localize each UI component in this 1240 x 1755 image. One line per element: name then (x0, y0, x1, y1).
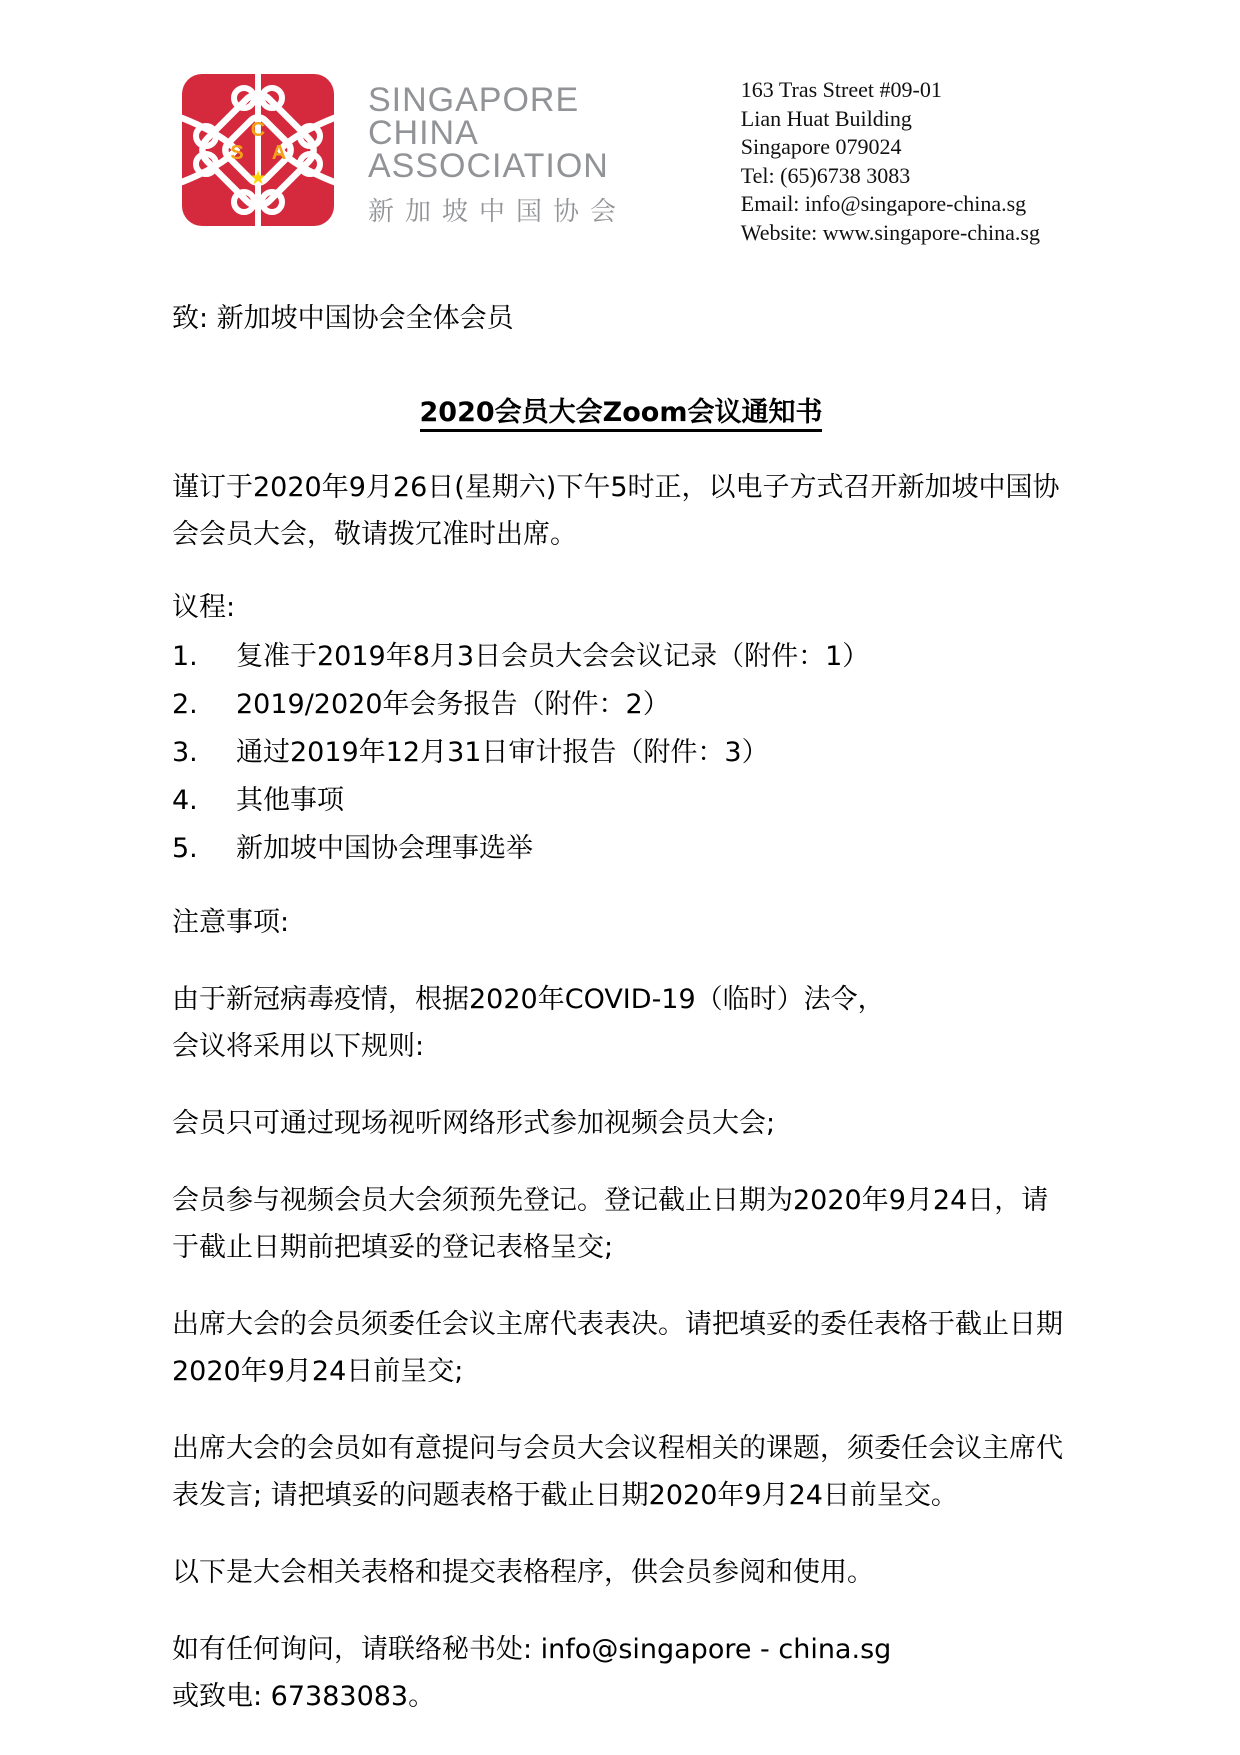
agenda-item-text: 新加坡中国协会理事选举 (236, 825, 1070, 873)
agenda-item-number: 4. (172, 777, 236, 825)
document-page: C S A ★ SINGAPORE CHINA ASSOCIATION 新加坡中… (0, 0, 1240, 1755)
website-line: Website: www.singapore-china.sg (741, 219, 1040, 248)
org-name-block: SINGAPORE CHINA ASSOCIATION 新加坡中国协会 (368, 72, 627, 247)
address-line-2: Lian Huat Building (741, 105, 1040, 134)
agenda-item-number: 2. (172, 681, 236, 729)
rule-online-only-paragraph: 会员只可通过现场视听网络形式参加视频会员大会; (172, 1100, 1070, 1147)
rule-proxy-vote-paragraph: 出席大会的会员须委任会议主席代表表决。请把填妥的委任表格于截止日期2020年9月… (172, 1301, 1070, 1395)
agenda-item: 4. 其他事项 (172, 777, 1070, 825)
agenda-item-text: 复准于2019年8月3日会员大会会议记录（附件：1） (236, 633, 1070, 681)
sca-logo: C S A ★ (180, 72, 336, 228)
agenda-list: 1. 复准于2019年8月3日会员大会会议记录（附件：1） 2. 2019/20… (172, 633, 1070, 873)
logo-star-icon: ★ (249, 167, 266, 189)
agenda-item-text: 其他事项 (236, 777, 1070, 825)
sca-logo-graphic: C S A ★ (180, 72, 336, 228)
logo-letter-s: S (230, 142, 243, 164)
org-name-en-line1: SINGAPORE (368, 84, 627, 117)
notes-heading: 注意事项: (172, 899, 1070, 946)
address-line-3: Singapore 079024 (741, 133, 1040, 162)
agenda-item: 1. 复准于2019年8月3日会员大会会议记录（附件：1） (172, 633, 1070, 681)
recipient-line: 致: 新加坡中国协会全体会员 (172, 299, 1070, 339)
logo-letter-c: C (251, 119, 265, 141)
agenda-item-number: 5. (172, 825, 236, 873)
agenda-item: 5. 新加坡中国协会理事选举 (172, 825, 1070, 873)
agenda-item-text: 2019/2020年会务报告（附件：2） (236, 681, 1070, 729)
letter-title: 2020会员大会Zoom会议通知书 (172, 371, 1070, 434)
agenda-item: 3. 通过2019年12月31日审计报告（附件：3） (172, 729, 1070, 777)
agenda-item: 2. 2019/2020年会务报告（附件：2） (172, 681, 1070, 729)
rule-questions-paragraph: 出席大会的会员如有意提问与会员大会议程相关的课题，须委任会议主席代表发言; 请把… (172, 1425, 1070, 1519)
letter-title-text: 2020会员大会Zoom会议通知书 (420, 397, 823, 432)
agenda-heading: 议程: (172, 584, 1070, 631)
agenda-item-number: 3. (172, 729, 236, 777)
letterhead: C S A ★ SINGAPORE CHINA ASSOCIATION 新加坡中… (0, 0, 1240, 247)
rule-registration-paragraph: 会员参与视频会员大会须预先登记。登记截止日期为2020年9月24日，请于截止日期… (172, 1177, 1070, 1271)
contact-block: 163 Tras Street #09-01 Lian Huat Buildin… (741, 72, 1040, 247)
agenda-item-number: 1. (172, 633, 236, 681)
enquiry-contact-paragraph: 如有任何询问，请联络秘书处: info@singapore - china.sg… (172, 1626, 1070, 1720)
org-name-en-line2: CHINA (368, 117, 627, 150)
address-line-1: 163 Tras Street #09-01 (741, 76, 1040, 105)
letter-body: 致: 新加坡中国协会全体会员 2020会员大会Zoom会议通知书 谨订于2020… (172, 299, 1070, 1720)
agenda-item-text: 通过2019年12月31日审计报告（附件：3） (236, 729, 1070, 777)
logo-letter-a: A (272, 142, 286, 164)
covid-rule-paragraph: 由于新冠病毒疫情，根据2020年COVID-19（临时）法令， 会议将采用以下规… (172, 976, 1070, 1070)
email-line: Email: info@singapore-china.sg (741, 190, 1040, 219)
org-name-en-line3: ASSOCIATION (368, 150, 627, 183)
org-name-cn: 新加坡中国协会 (368, 191, 627, 228)
forms-info-paragraph: 以下是大会相关表格和提交表格程序，供会员参阅和使用。 (172, 1549, 1070, 1596)
phone-line: Tel: (65)6738 3083 (741, 162, 1040, 191)
intro-paragraph: 谨订于2020年9月26日(星期六)下午5时正，以电子方式召开新加坡中国协会会员… (172, 464, 1070, 558)
